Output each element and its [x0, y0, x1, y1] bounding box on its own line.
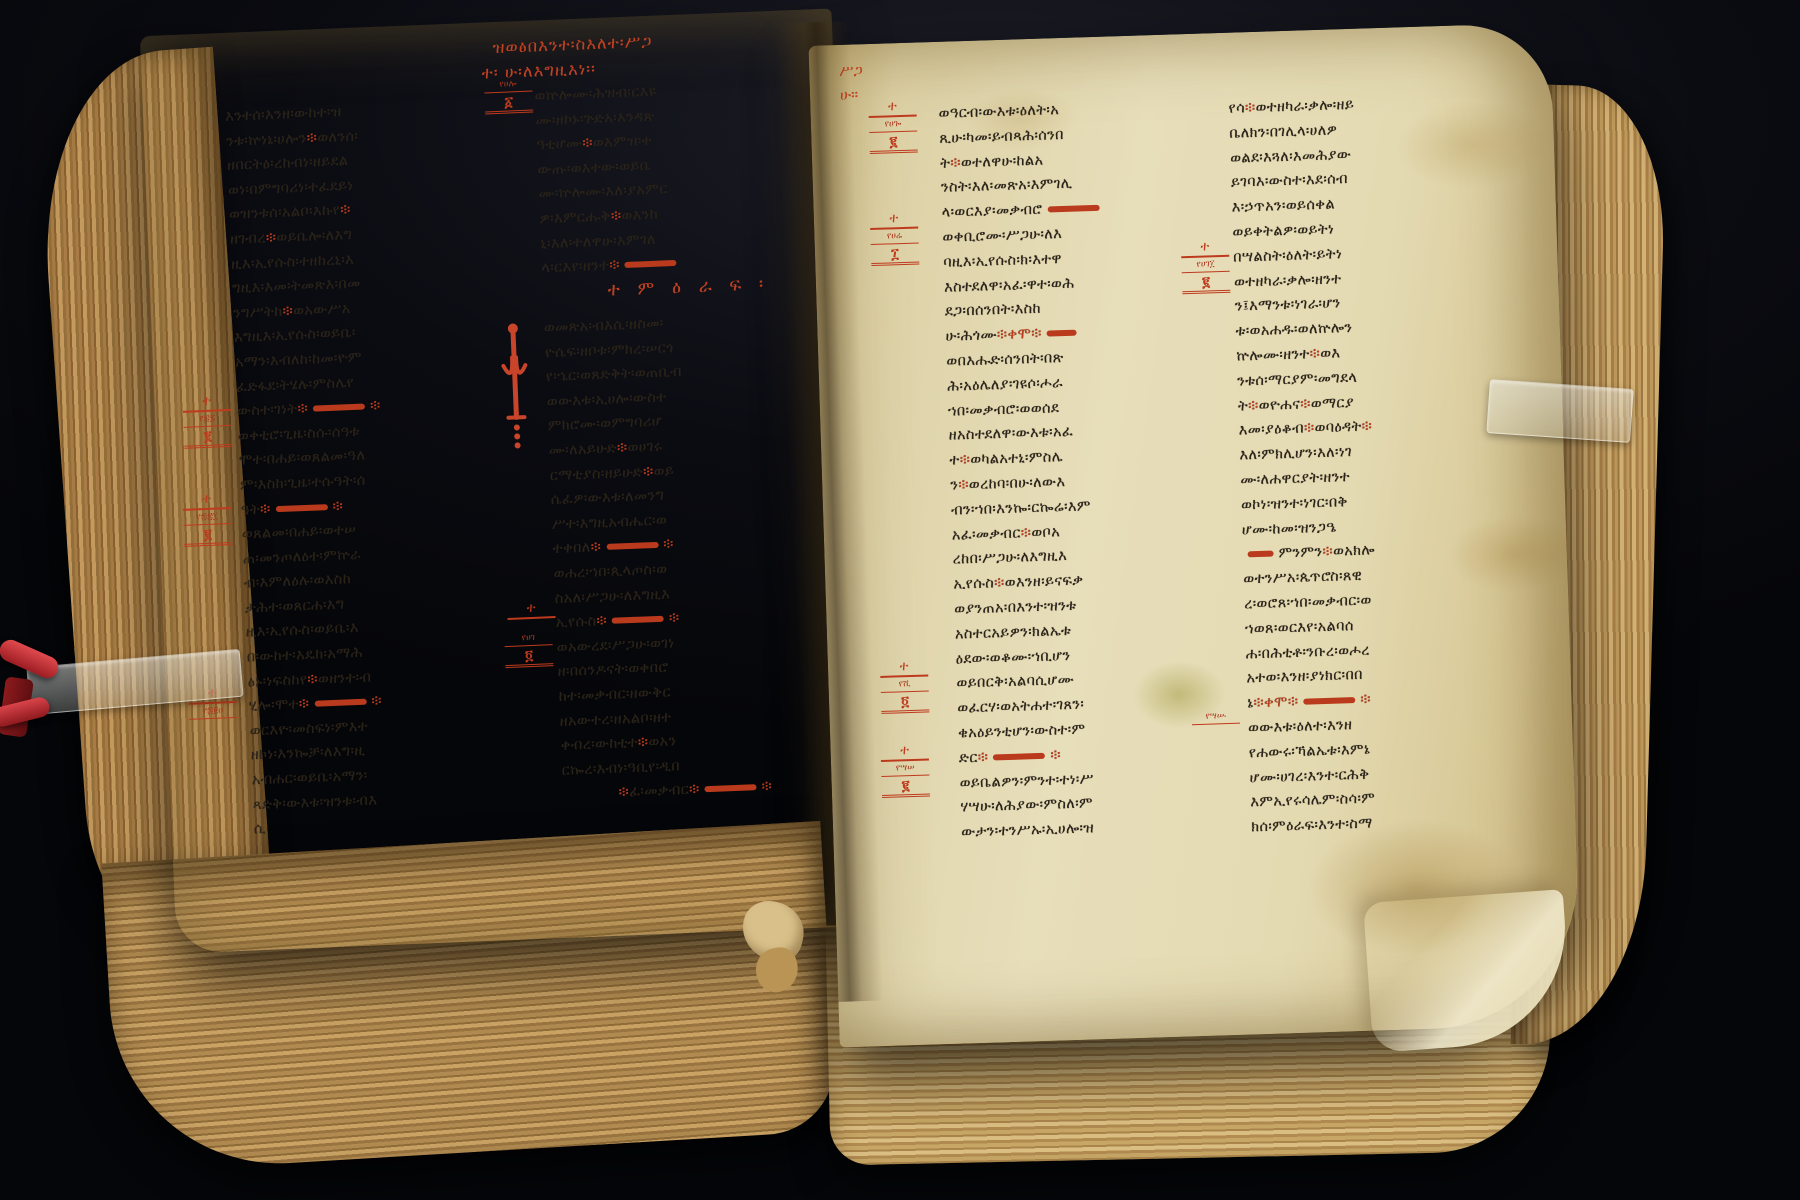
margin-note: ተ የ፷፯ ፪ [182, 393, 232, 449]
red-separator-dash [1047, 330, 1077, 337]
red-text-segment: ቀሞ [1264, 694, 1288, 711]
text-segment: የሳ [1228, 100, 1245, 117]
red-text-segment: ፨ [958, 477, 969, 493]
margin-label: የሀገ፲ [1181, 259, 1229, 274]
text-segment: ላ፡ወርእያ፡መቃብሮ [942, 202, 1043, 221]
margin-label: የ፷፰፲ [183, 511, 231, 526]
text-segment: ኢየሱስ [555, 614, 596, 632]
text-segment: ንቱ፡ኵነኔ፡ሀሎን [226, 130, 307, 149]
text-segment: ወሀገሩ [627, 439, 662, 456]
rubric-line: ሁ፡፡ [840, 82, 864, 107]
red-cross-mark: ተ [1181, 239, 1230, 258]
left-page: ዝወፅበእንተ፡ስእለተ፡ሥጋ ተ፡ ሁ፡ለእግዚእነ፡፡ እንተሰ፡እንዘ፡ው… [140, 8, 868, 953]
red-text-segment: ፨ [1304, 421, 1315, 437]
text-column-right-2: የሳ፨ወተዘካራ፡ቃሎ፡ዘይቤለክን፡በገሊላ፡ሀለዎወልደ፡እጓለ፡እመሕያው… [1228, 88, 1527, 840]
red-text-segment: ፨ [1300, 396, 1311, 412]
text-segment: ወእንዘ፡ይናፍቃ [1005, 573, 1084, 591]
text-segment: አፈ፡መቃብር [952, 525, 1021, 543]
margin-note: ተ የሀጐ ፪ [868, 99, 918, 154]
text-segment: ወተለዋሁ፡ከልአ [961, 152, 1044, 171]
text-segment: ፅኑ፡ነፍስከየ [248, 672, 308, 690]
red-text-segment: ፨ [1248, 398, 1259, 414]
red-text-segment: ፨ [643, 464, 654, 480]
text-segment: ወካልአተኒ፡ምስሌ [970, 449, 1063, 468]
red-text-segment: ፨ [1361, 419, 1372, 435]
rubric-line: ሥጋ [839, 58, 863, 83]
red-text-segment: ፨ [617, 440, 628, 456]
plastic-strip-right [1486, 379, 1633, 443]
text-segment: ንግሥትከ [233, 304, 283, 322]
text-segment: ወማርያ [1311, 395, 1355, 412]
margin-numeral: ፪ [184, 526, 233, 547]
text-segment: ዘገብረ [230, 230, 266, 247]
margin-label: የሣሠ [881, 762, 929, 777]
text-column-right-1: ወዓርብ፡ውእቱ፡ዕለት፡አጺሁ፡ካመ፡ይብጻሕ፡ሰንበት፨ወተለዋሁ፡ከልአን… [938, 93, 1255, 846]
text-segment: ወዮሐና [1258, 396, 1300, 413]
red-separator-dash [276, 504, 328, 512]
red-text-segment: ፨ [1253, 695, 1264, 711]
red-text-segment: ፨ [1245, 100, 1256, 116]
text-segment: ፈ፡መቃብር [629, 782, 690, 800]
margin-numeral: ፩ [485, 94, 534, 115]
margin-numeral: ፪ [184, 428, 233, 449]
text-segment: ቀብረ፡ውከቲተ [560, 735, 638, 754]
red-text-segment: ፨ [761, 779, 772, 795]
red-text-segment: ፨ [590, 539, 601, 555]
text-segment: ውስተ፡ገነት [237, 401, 298, 419]
margin-note: የሀገ ፬ [504, 632, 553, 668]
red-text-segment: ፨ [260, 501, 271, 517]
red-separator-dash [625, 260, 677, 268]
red-separator-dash [1248, 551, 1274, 558]
red-text-segment: ፨ [997, 327, 1008, 343]
red-separator-dash [313, 404, 365, 412]
red-text-segment: ቀሞ [1007, 326, 1031, 343]
right-page: ሥጋ ሁ፡፡ ወዓርብ፡ውእቱ፡ዕለት፡አጺሁ፡ካመ፡ይብጻሕ፡ሰንበት፨ወተለ… [808, 23, 1581, 1048]
red-cross-mark: ተ [880, 658, 929, 677]
red-cross-mark: ተ [870, 211, 919, 230]
text-segment: እመ፡ያዕቆብ [1239, 421, 1305, 439]
clip-arm [0, 636, 62, 681]
red-text-segment: ፨ [371, 693, 382, 709]
margin-numeral: ፪ [1182, 274, 1231, 294]
red-cross-mark: ተ [868, 99, 917, 118]
margin-numeral: ፬ [881, 693, 930, 713]
red-text-segment: ፨ [663, 537, 674, 553]
red-text-segment: ፨ [689, 782, 700, 798]
red-cross-mark: ተ [182, 491, 231, 511]
margin-label: የሀሬ [870, 231, 918, 246]
margin-note: ተ የ፷፰፲ ፪ [182, 491, 232, 547]
red-text-segment: ፨ [370, 398, 381, 414]
red-text-segment: ፨ [1050, 747, 1061, 763]
red-text-segment: ፨ [1288, 694, 1299, 710]
rubric-continuation: ሥጋ ሁ፡፡ [839, 58, 864, 107]
margin-note: ተ [507, 600, 556, 622]
red-separator-dash [612, 616, 664, 624]
red-separator-dash [606, 542, 658, 550]
text-segment: ወይቤሎ፡ለእግ [276, 227, 353, 246]
red-binder-clip [0, 640, 82, 770]
red-cross-mark: ተ [880, 742, 929, 761]
margin-label: የሣሡ [1192, 711, 1240, 726]
text-segment: ሁ፡ሕጎሙ [945, 327, 997, 345]
text-segment: ወአውሥአ [293, 301, 351, 319]
margin-label: የሀገ [504, 632, 552, 647]
text-column-left-1: እንተሰ፡እንዘ፡ውከተ፡ዝንቱ፡ኵነኔ፡ሀሎን፨ወለንሰ፡ዘበርትዕ፡ረከብነ… [225, 93, 560, 842]
text-segment: ወእንከ [621, 207, 658, 224]
text-segment: ዓቲሆሙ [536, 136, 582, 154]
margin-label: የ፷፯ [183, 413, 231, 428]
margin-note: የሣሡ [1192, 711, 1240, 728]
red-text-segment: ፨ [332, 498, 343, 514]
margin-note: የሀሎ ፩ [484, 79, 533, 115]
margin-label: የሀጐ [869, 119, 917, 134]
red-text-segment: ፨ [282, 303, 293, 319]
text-segment: ወእምዝ፡ተ [593, 133, 653, 151]
margin-numeral: ፲ [871, 246, 920, 266]
margin-numeral: ፪ [882, 777, 931, 797]
margin-label: የሺ [880, 678, 928, 693]
red-text-segment: ፨ [638, 735, 649, 751]
red-text-segment: ፨ [950, 155, 961, 171]
red-text-segment: ፨ [340, 202, 351, 218]
text-segment: ኢየሱስ [953, 575, 994, 592]
red-cross-ornament [498, 321, 533, 450]
text-segment: ዎ፡እምርሑቅ [539, 208, 611, 227]
margin-note: ተ የሣሠ ፪ [880, 742, 930, 797]
text-segment: ሙ፡ለአይሁድ [549, 440, 618, 459]
text-segment: ወረከባ፡በሁ፡ለውእ [969, 474, 1066, 493]
text-column-left-2-top: ወኵሎሙ፡ሕዝብ፡ርእዩሙ፡ዘኮኑ፡ጕድአ፡እንዳጽዓቲሆሙ፨ወእምዝ፡ተውጡ፡… [534, 73, 834, 281]
red-text-segment: ፨ [297, 401, 308, 417]
margin-numeral: ፬ [505, 647, 554, 668]
text-segment: ወአን [648, 733, 677, 750]
red-text-segment: ፨ [596, 613, 607, 629]
text-segment: ኵሎሙ፡ዘንተ [1236, 346, 1310, 364]
text-segment: ተቀበለ [552, 540, 591, 558]
text-segment: ድር [959, 750, 978, 767]
text-segment: ወባዕዳት [1314, 419, 1362, 436]
red-separator-dash [314, 699, 366, 707]
margin-note: ተ የሺ ፬ [880, 658, 930, 713]
red-text-segment: ፨ [611, 208, 622, 224]
margin-label: የ፷፱ዐ [189, 705, 237, 720]
text-segment: ወይ [653, 463, 674, 480]
text-segment: ወአክሎ [1333, 543, 1375, 560]
red-cross-mark: ተ [507, 600, 556, 620]
text-segment: ርማቲያስ፡ዘይሁድ [550, 464, 644, 484]
red-text-segment: ፨ [299, 696, 310, 712]
red-separator-dash [1303, 697, 1355, 705]
red-text-segment: ፨ [1309, 346, 1320, 362]
red-text-segment: ፨ [1360, 692, 1371, 708]
margin-label: የሀሎ [484, 79, 532, 94]
text-segment: ዓት [241, 501, 261, 518]
red-text-segment: ፨ [977, 749, 988, 765]
photo-background: ዝወፅበእንተ፡ስእለተ፡ሥጋ ተ፡ ሁ፡ለእግዚእነ፡፡ እንተሰ፡እንዘ፡ው… [0, 0, 1800, 1200]
red-separator-dash [993, 753, 1045, 761]
text-column-left-2-bottom: ወመጽአ፡ብእሲ፡ዘስመ፡ዮሴፍ፡ዘቦቱ፡ምክረ፡ሠርጎየ፡ኄር፡ወጸድቅት፡ወ… [543, 305, 855, 808]
margin-numeral: ፪ [869, 134, 918, 154]
margin-note: ተ የሀገ፲ ፪ [1181, 239, 1231, 294]
red-cross-mark: ተ [182, 393, 231, 413]
text-segment: ወዝንቱሰ፡አልቦ፡እኩየ [229, 203, 341, 223]
text-segment: ወለንሰ፡ [317, 128, 358, 146]
red-text-segment: ፨ [609, 257, 620, 273]
text-segment: ወቦአ [1031, 524, 1060, 541]
text-segment: ምንምን [1278, 544, 1322, 561]
text-segment: ወተዘካራ፡ቃሎ፡ዘይ [1255, 97, 1354, 116]
text-segment: ወእ [1320, 345, 1341, 362]
text-segment: ሂሎ፡ሞተ [249, 697, 300, 715]
red-text-segment: ፨ [1031, 326, 1042, 342]
red-text-segment: ፨ [669, 610, 680, 626]
text-segment: ላ፡ርእየ፡ዘንተ [541, 258, 609, 277]
red-text-segment: ፨ [959, 452, 970, 468]
red-separator-dash [1047, 205, 1099, 213]
margin-note: ተ የሀሬ ፲ [870, 211, 920, 266]
red-text-segment: ፨ [618, 785, 629, 801]
text-segment: ወዘንተ፡ብ [318, 669, 372, 687]
red-separator-dash [705, 784, 757, 792]
